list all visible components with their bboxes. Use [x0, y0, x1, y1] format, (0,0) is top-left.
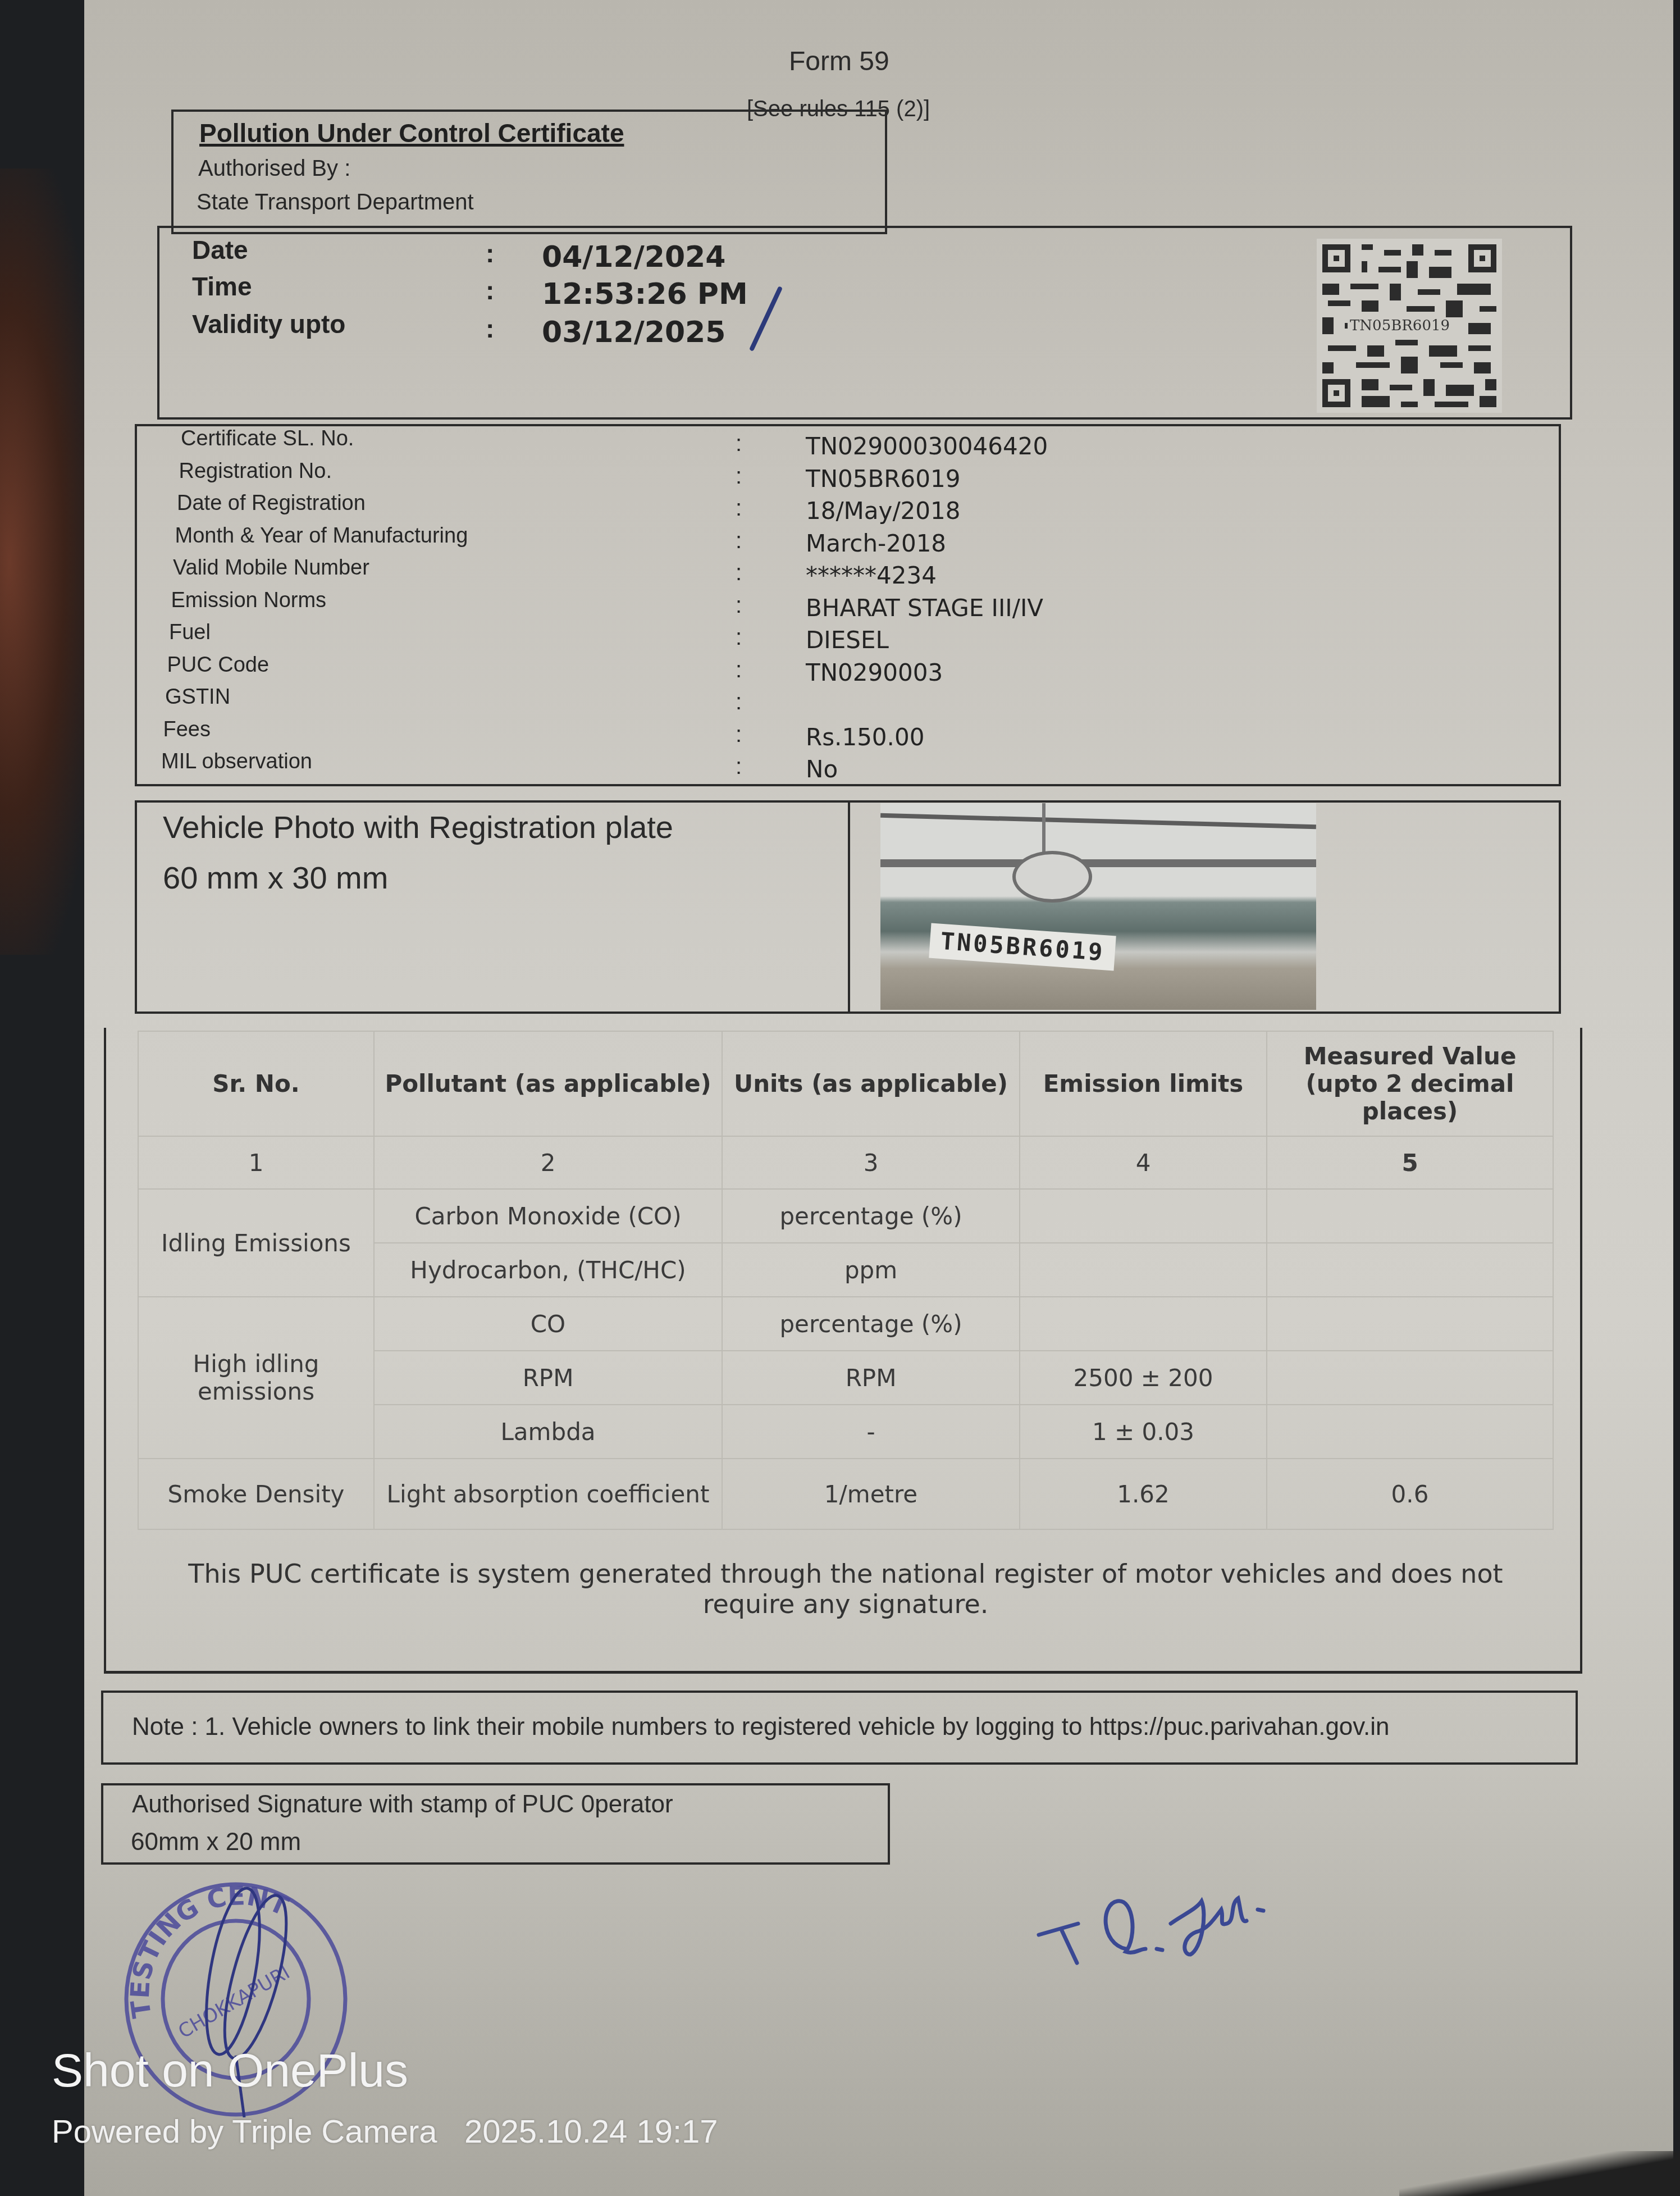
detail-value: Rs.150.00	[806, 723, 924, 751]
pollutant-cell: CO	[374, 1297, 722, 1351]
date-label: Date	[192, 235, 248, 265]
note-text: Note : 1. Vehicle owners to link their m…	[132, 1713, 1390, 1741]
table-header-row: Sr. No. Pollutant (as applicable) Units …	[138, 1031, 1553, 1136]
colon: :	[486, 313, 494, 344]
header-units: Units (as applicable)	[722, 1031, 1020, 1136]
limit-cell: 1 ± 0.03	[1020, 1405, 1267, 1459]
measured-cell	[1267, 1243, 1553, 1297]
column-number: 3	[722, 1136, 1020, 1189]
detail-value: 18/May/2018	[806, 497, 960, 525]
header-pollutant: Pollutant (as applicable)	[374, 1031, 722, 1136]
colon: :	[736, 529, 742, 554]
colon: :	[736, 561, 742, 586]
vehicle-photo-size: 60 mm x 30 mm	[163, 859, 388, 896]
divider	[848, 800, 850, 1014]
column-number-row: 1 2 3 4 5	[138, 1136, 1553, 1189]
authority-name: State Transport Department	[197, 190, 474, 215]
header-limits: Emission limits	[1020, 1031, 1267, 1136]
unit-cell: ppm	[722, 1243, 1020, 1297]
colon: :	[736, 722, 742, 748]
limit-cell: 2500 ± 200	[1020, 1351, 1267, 1405]
vehicle-photo: TN05BR6019	[880, 803, 1316, 1010]
stamp-outer-text: TESTING CENTRE	[112, 1870, 293, 2020]
detail-value: No	[806, 755, 838, 783]
measured-cell	[1267, 1297, 1553, 1351]
colon: :	[736, 754, 742, 780]
watermark-subtitle: Powered by Triple Camera 2025.10.24 19:1…	[52, 2113, 718, 2151]
colon: :	[736, 496, 742, 521]
limit-cell	[1020, 1189, 1267, 1243]
emission-group-name: Smoke Density	[138, 1459, 374, 1529]
handwritten-signature	[1028, 1870, 1280, 1971]
column-number: 5	[1267, 1136, 1553, 1189]
watermark-title: Shot on OnePlus	[52, 2043, 408, 2098]
notice-row: This PUC certificate is system generated…	[138, 1529, 1553, 1648]
date-value: 04/12/2024	[542, 240, 725, 274]
detail-value: BHARAT STAGE III/IV	[806, 594, 1043, 622]
time-value: 12:53:26 PM	[542, 277, 748, 311]
measured-cell	[1267, 1351, 1553, 1405]
pollutant-cell: Light absorption coefficient	[374, 1459, 722, 1529]
validity-label: Validity upto	[192, 309, 345, 339]
limit-cell: 1.62	[1020, 1459, 1267, 1529]
table-row: Smoke DensityLight absorption coefficien…	[138, 1459, 1553, 1529]
detail-label: Valid Mobile Number	[173, 556, 369, 580]
pollutant-cell: Hydrocarbon, (THC/HC)	[374, 1243, 722, 1297]
colon: :	[736, 593, 742, 618]
pollutant-cell: RPM	[374, 1351, 722, 1405]
detail-label: Emission Norms	[171, 589, 327, 613]
emission-group-name: High idling emissions	[138, 1297, 374, 1459]
grill-line	[880, 859, 1316, 867]
background-hand	[0, 168, 95, 955]
limit-cell	[1020, 1243, 1267, 1297]
colon: :	[736, 658, 742, 683]
detail-label: Month & Year of Manufacturing	[175, 524, 468, 548]
signature-label: Authorised Signature with stamp of PUC 0…	[132, 1790, 673, 1819]
detail-label: Registration No.	[179, 459, 332, 484]
qr-embedded-text: TN05BR6019	[1348, 317, 1452, 334]
watermark-camera: Powered by Triple Camera	[52, 2113, 437, 2150]
unit-cell: percentage (%)	[722, 1297, 1020, 1351]
emission-group-name: Idling Emissions	[138, 1189, 374, 1297]
detail-label: Date of Registration	[177, 491, 366, 516]
colon: :	[736, 431, 742, 457]
table-row: High idling emissionsCOpercentage (%)	[138, 1297, 1553, 1351]
car-emblem-icon	[1012, 851, 1092, 903]
header-measured: Measured Value (upto 2 decimal places)	[1267, 1031, 1553, 1136]
colon: :	[736, 690, 742, 715]
limit-cell	[1020, 1297, 1267, 1351]
detail-label: Fuel	[169, 621, 211, 645]
measured-cell	[1267, 1189, 1553, 1243]
unit-cell: -	[722, 1405, 1020, 1459]
emissions-table: Sr. No. Pollutant (as applicable) Units …	[138, 1031, 1554, 1648]
column-number: 1	[138, 1136, 374, 1189]
watermark-timestamp: 2025.10.24 19:17	[464, 2113, 718, 2150]
detail-value: TN05BR6019	[806, 465, 960, 493]
detail-label: MIL observation	[161, 750, 312, 774]
detail-label: PUC Code	[167, 653, 270, 677]
form-title: Form 59	[789, 46, 889, 77]
time-label: Time	[192, 271, 252, 302]
column-number: 2	[374, 1136, 722, 1189]
unit-cell: 1/metre	[722, 1459, 1020, 1529]
pollutant-cell: Lambda	[374, 1405, 722, 1459]
colon: :	[736, 625, 742, 650]
detail-label: GSTIN	[165, 685, 230, 709]
unit-cell: RPM	[722, 1351, 1020, 1405]
registration-plate: TN05BR6019	[929, 923, 1116, 971]
table-row: Idling EmissionsCarbon Monoxide (CO)perc…	[138, 1189, 1553, 1243]
certificate-title: Pollution Under Control Certificate	[199, 118, 624, 148]
column-number: 4	[1020, 1136, 1267, 1189]
detail-label: Certificate SL. No.	[181, 427, 354, 451]
detail-value: TN0290003	[806, 659, 943, 686]
detail-value: ******4234	[806, 562, 937, 589]
colon: :	[736, 464, 742, 489]
pollutant-cell: Carbon Monoxide (CO)	[374, 1189, 722, 1243]
colon: :	[486, 275, 494, 306]
background-shadow	[1399, 2151, 1680, 2196]
detail-value: March-2018	[806, 530, 946, 557]
unit-cell: percentage (%)	[722, 1189, 1020, 1243]
vehicle-photo-title: Vehicle Photo with Registration plate	[163, 809, 673, 845]
header-sr-no: Sr. No.	[138, 1031, 374, 1136]
grill-line	[880, 813, 1316, 829]
detail-label: Fees	[163, 718, 211, 742]
authorised-by-label: Authorised By :	[198, 156, 350, 181]
svg-text:TESTING CENTRE: TESTING CENTRE	[112, 1870, 293, 2020]
system-generated-notice: This PUC certificate is system generated…	[138, 1529, 1553, 1648]
signature-size: 60mm x 20 mm	[131, 1828, 301, 1856]
validity-value: 03/12/2025	[542, 316, 725, 349]
measured-cell	[1267, 1405, 1553, 1459]
detail-value: DIESEL	[806, 626, 889, 654]
measured-cell: 0.6	[1267, 1459, 1553, 1529]
detail-value: TN02900030046420	[806, 432, 1048, 460]
colon: :	[486, 238, 494, 268]
